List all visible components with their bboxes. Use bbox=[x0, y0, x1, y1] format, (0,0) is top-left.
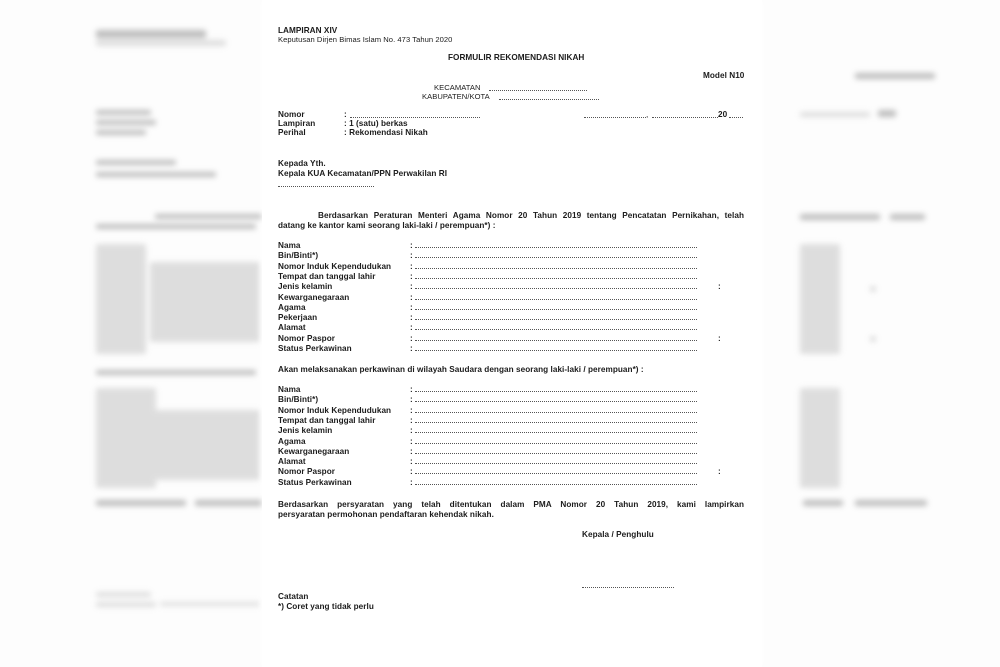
field-input[interactable] bbox=[415, 322, 697, 330]
field-colon: : bbox=[410, 406, 413, 416]
year-field[interactable] bbox=[729, 110, 743, 118]
field-colon: : bbox=[410, 385, 413, 395]
field-colon: : bbox=[410, 241, 413, 251]
field-colon: : bbox=[410, 416, 413, 426]
field-label: Tempat dan tanggal lahir bbox=[278, 272, 376, 282]
field-input[interactable] bbox=[415, 302, 697, 310]
field-input[interactable] bbox=[415, 456, 697, 464]
closing-paragraph-line2: persyaratan permohonan pendaftaran kehen… bbox=[278, 510, 494, 520]
field-label: Jenis kelamin bbox=[278, 282, 332, 292]
field-colon: : bbox=[410, 426, 413, 436]
field-label: Alamat bbox=[278, 457, 306, 467]
field-colon: : bbox=[410, 313, 413, 323]
signature-title: Kepala / Penghulu bbox=[582, 530, 654, 540]
field-input[interactable] bbox=[415, 333, 697, 341]
place-field[interactable] bbox=[584, 110, 646, 118]
field-input[interactable] bbox=[415, 250, 697, 258]
intro-paragraph-line2: datang ke kantor kami seorang laki-laki … bbox=[278, 221, 496, 231]
field-input[interactable] bbox=[415, 477, 697, 485]
field-input[interactable] bbox=[415, 312, 697, 320]
recipient-title: Kepala KUA Kecamatan/PPN Perwakilan RI bbox=[278, 169, 447, 179]
field-label: Bin/Binti*) bbox=[278, 395, 318, 405]
recipient-salutation: Kepada Yth. bbox=[278, 159, 326, 169]
partner-intro: Akan melaksanakan perkawinan di wilayah … bbox=[278, 365, 644, 375]
field-label: Kewarganegaraan bbox=[278, 447, 349, 457]
field-input[interactable] bbox=[415, 240, 697, 248]
field-input[interactable] bbox=[415, 466, 697, 474]
field-colon: : bbox=[410, 323, 413, 333]
field-label: Nama bbox=[278, 241, 301, 251]
field-input[interactable] bbox=[415, 415, 697, 423]
field-input[interactable] bbox=[415, 271, 697, 279]
model-code: Model N10 bbox=[703, 71, 744, 81]
field-colon: : bbox=[410, 467, 413, 477]
field-label: Nomor Paspor bbox=[278, 467, 335, 477]
field-colon: : bbox=[410, 282, 413, 292]
field-label: Status Perkawinan bbox=[278, 344, 352, 354]
field-input[interactable] bbox=[415, 405, 697, 413]
field-input[interactable] bbox=[415, 425, 697, 433]
field-input[interactable] bbox=[415, 343, 697, 351]
field-colon: : bbox=[410, 395, 413, 405]
field-label: Nomor Paspor bbox=[278, 334, 335, 344]
field-input[interactable] bbox=[415, 436, 697, 444]
field-label: Pekerjaan bbox=[278, 313, 317, 323]
notes-label: Catatan bbox=[278, 592, 308, 602]
intro-paragraph-line1: Berdasarkan Peraturan Menteri Agama Nomo… bbox=[278, 211, 744, 221]
field-input[interactable] bbox=[415, 292, 697, 300]
field-colon: : bbox=[410, 447, 413, 457]
field-colon: : bbox=[410, 272, 413, 282]
field-label: Tempat dan tanggal lahir bbox=[278, 416, 376, 426]
stray-colon: : bbox=[718, 467, 721, 477]
field-input[interactable] bbox=[415, 394, 697, 402]
kecamatan-field[interactable] bbox=[489, 83, 587, 91]
stray-colon: : bbox=[718, 334, 721, 344]
notes-text: *) Coret yang tidak perlu bbox=[278, 602, 374, 612]
field-label: Nomor Induk Kependudukan bbox=[278, 262, 391, 272]
field-label: Agama bbox=[278, 303, 306, 313]
field-colon: : bbox=[410, 457, 413, 467]
field-colon: : bbox=[410, 262, 413, 272]
perihal-label: Perihal bbox=[278, 128, 306, 138]
nomor-field[interactable] bbox=[350, 110, 480, 118]
field-label: Jenis kelamin bbox=[278, 426, 332, 436]
recipient-location-field[interactable] bbox=[278, 179, 374, 187]
field-colon: : bbox=[410, 437, 413, 447]
document-photo: LAMPIRAN XIV Keputusan Dirjen Bimas Isla… bbox=[0, 0, 1000, 667]
field-colon: : bbox=[410, 334, 413, 344]
signature-name-field[interactable] bbox=[582, 580, 674, 588]
field-input[interactable] bbox=[415, 446, 697, 454]
field-label: Agama bbox=[278, 437, 306, 447]
field-colon: : bbox=[410, 293, 413, 303]
field-label: Bin/Binti*) bbox=[278, 251, 318, 261]
field-label: Nama bbox=[278, 385, 301, 395]
kabupaten-label: KABUPATEN/KOTA bbox=[422, 92, 490, 102]
perihal-value: : Rekomendasi Nikah bbox=[344, 128, 428, 138]
year-prefix: 20 bbox=[718, 110, 727, 120]
field-label: Kewarganegaraan bbox=[278, 293, 349, 303]
date-field[interactable] bbox=[652, 110, 718, 118]
field-input[interactable] bbox=[415, 261, 697, 269]
field-colon: : bbox=[410, 303, 413, 313]
closing-paragraph-line1: Berdasarkan persyaratan yang telah diten… bbox=[278, 500, 744, 510]
field-label: Nomor Induk Kependudukan bbox=[278, 406, 391, 416]
form-title: FORMULIR REKOMENDASI NIKAH bbox=[448, 53, 584, 63]
field-input[interactable] bbox=[415, 281, 697, 289]
kabupaten-field[interactable] bbox=[499, 92, 599, 100]
field-colon: : bbox=[410, 251, 413, 261]
field-input[interactable] bbox=[415, 384, 697, 392]
field-colon: : bbox=[410, 344, 413, 354]
field-colon: : bbox=[410, 478, 413, 488]
field-label: Status Perkawinan bbox=[278, 478, 352, 488]
comma: , bbox=[646, 110, 648, 120]
field-label: Alamat bbox=[278, 323, 306, 333]
stray-colon: : bbox=[718, 282, 721, 292]
keputusan-reference: Keputusan Dirjen Bimas Islam No. 473 Tah… bbox=[278, 35, 452, 45]
form-page: LAMPIRAN XIV Keputusan Dirjen Bimas Isla… bbox=[262, 0, 762, 667]
